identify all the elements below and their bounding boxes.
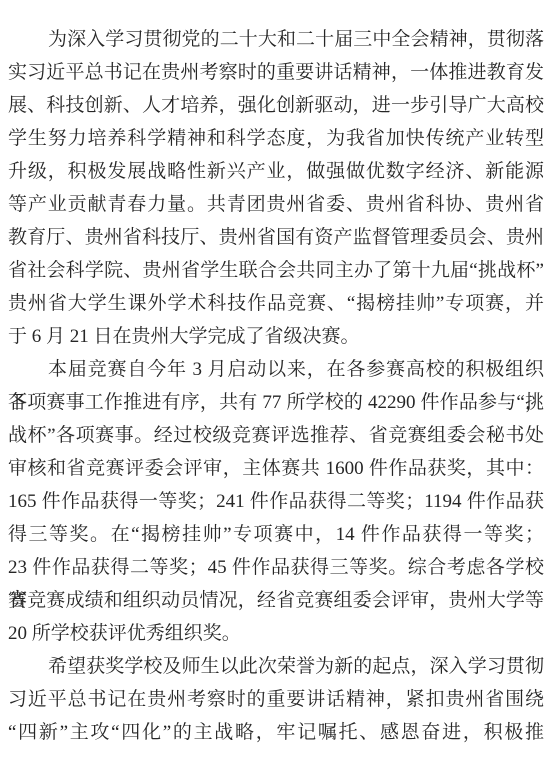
text-line: 20 所学校获评优秀组织奖。 xyxy=(8,617,544,650)
text-line: 学生努力培养科学精神和科学态度，为我省加快传统产业转型 xyxy=(8,122,544,155)
text-line: 23 件作品获得二等奖；45 件作品获得三等奖。综合考虑各学校省 xyxy=(8,551,544,584)
paragraph: 本届竞赛自今年 3 月启动以来，在各参赛高校的积极组织下， 各项赛事工作推进有序… xyxy=(8,353,544,650)
text-line: 贵州省大学生课外学术科技作品竞赛、“揭榜挂帅”专项赛，并 xyxy=(8,287,544,320)
text-line: 各项赛事工作推进有序，共有 77 所学校的 42290 件作品参与“挑 xyxy=(8,386,544,419)
text-line: 习近平总书记在贵州考察时的重要讲话精神，紧扣贵州省围绕 xyxy=(8,683,544,716)
text-line: 赛竞赛成绩和组织动员情况，经省竞赛组委会评审，贵州大学等 xyxy=(8,584,544,617)
text-line: 希望获奖学校及师生以此次荣誉为新的起点，深入学习贯彻 xyxy=(8,650,544,683)
paragraph: 希望获奖学校及师生以此次荣誉为新的起点，深入学习贯彻 习近平总书记在贵州考察时的… xyxy=(8,650,544,749)
text-line: 为深入学习贯彻党的二十大和二十届三中全会精神，贯彻落 xyxy=(8,23,544,56)
text-line: 战杯”各项赛事。经过校级竞赛评选推荐、省竞赛组委会秘书处 xyxy=(8,419,544,452)
text-line: 审核和省竞赛评委会评审，主体赛共 1600 件作品获奖，其中： xyxy=(8,452,544,485)
text-line: 升级，积极发展战略性新兴产业，做强做优数字经济、新能源 xyxy=(8,155,544,188)
paragraph: 为深入学习贯彻党的二十大和二十届三中全会精神，贯彻落 实习近平总书记在贵州考察时… xyxy=(8,23,544,353)
text-line: 165 件作品获得一等奖；241 件作品获得二等奖；1194 件作品获 xyxy=(8,485,544,518)
text-line: 教育厅、贵州省科技厅、贵州省国有资产监督管理委员会、贵州 xyxy=(8,221,544,254)
text-line: “四新”主攻“四化”的主战略，牢记嘱托、感恩奋进，积极推 xyxy=(8,716,544,749)
text-line: 本届竞赛自今年 3 月启动以来，在各参赛高校的积极组织下， xyxy=(8,353,544,386)
text-line: 实习近平总书记在贵州考察时的重要讲话精神，一体推进教育发 xyxy=(8,56,544,89)
text-line: 省社会科学院、贵州省学生联合会共同主办了第十九届“挑战杯” xyxy=(8,254,544,287)
text-line: 展、科技创新、人才培养，强化创新驱动，进一步引导广大高校 xyxy=(8,89,544,122)
text-line: 得三等奖。在“揭榜挂帅”专项赛中，14 件作品获得一等奖； xyxy=(8,518,544,551)
document-page: 为深入学习贯彻党的二十大和二十届三中全会精神，贯彻落 实习近平总书记在贵州考察时… xyxy=(0,0,552,777)
text-line: 于 6 月 21 日在贵州大学完成了省级决赛。 xyxy=(8,320,544,353)
text-line: 等产业贡献青春力量。共青团贵州省委、贵州省科协、贵州省 xyxy=(8,188,544,221)
